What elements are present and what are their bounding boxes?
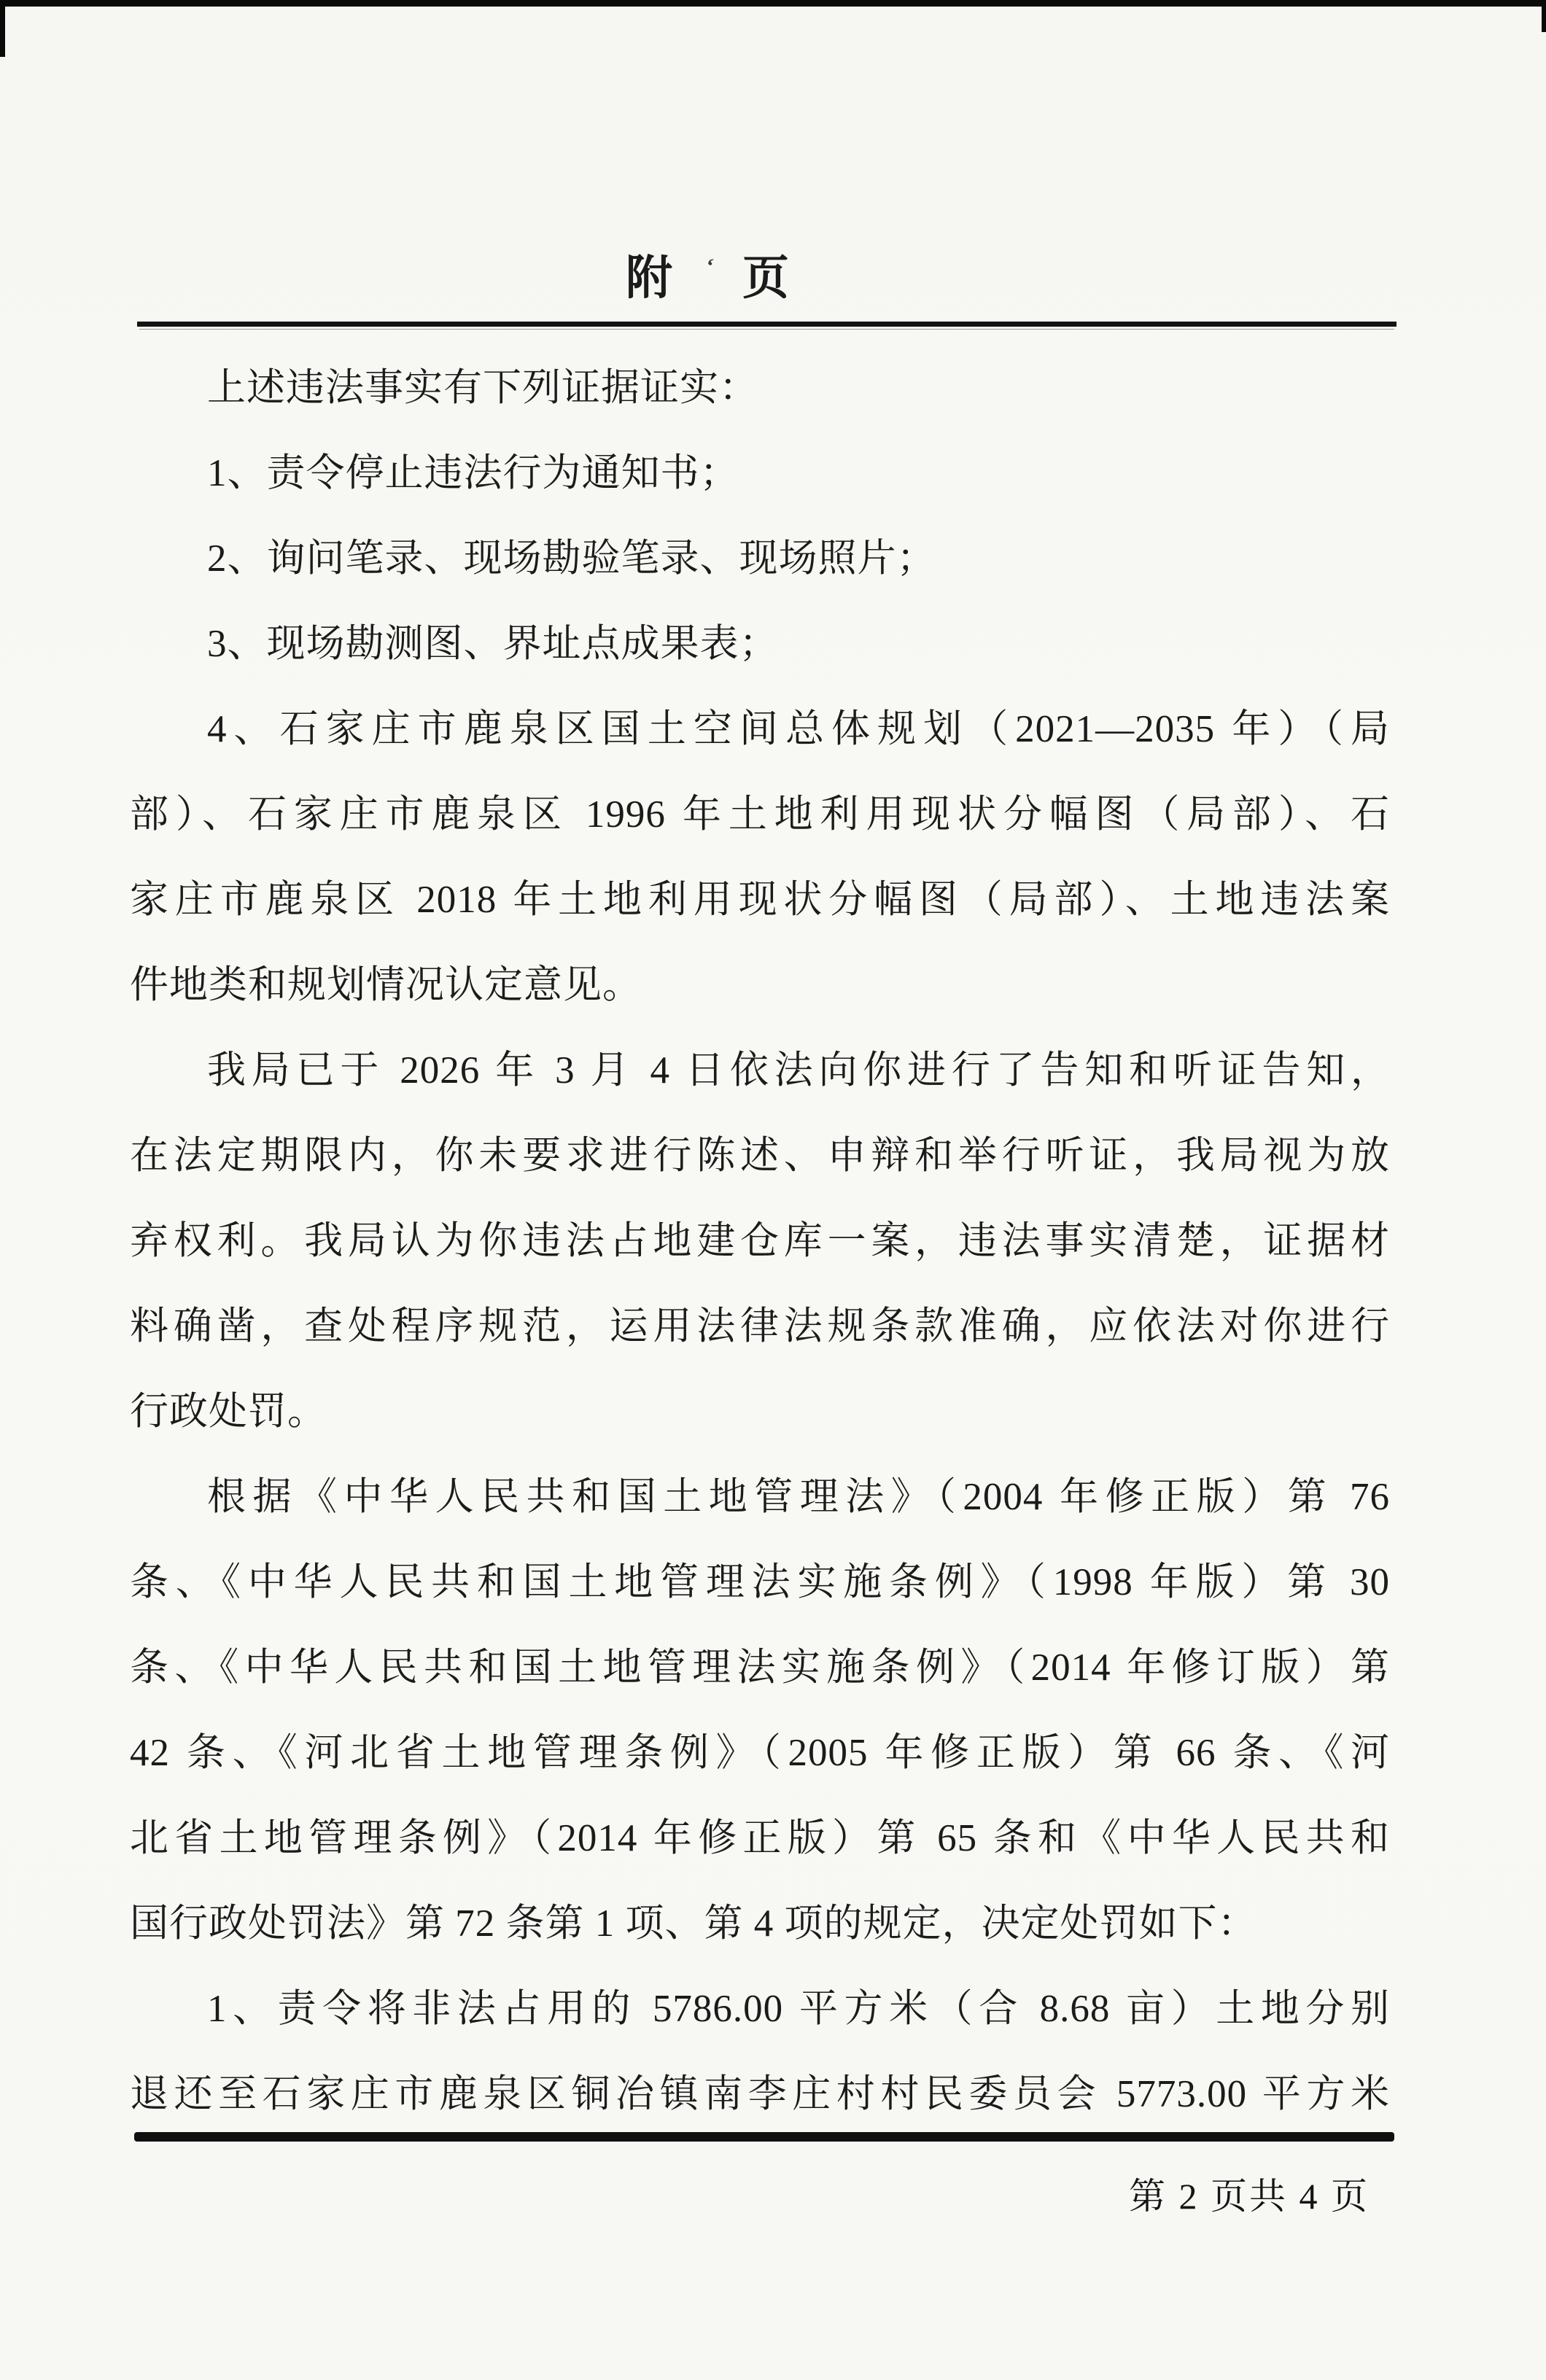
text-line: 退还至石家庄市鹿泉区铜冶镇南李庄村村民委员会 5773.00 平方米 xyxy=(130,2052,1390,2137)
text-line: 国行政处罚法》第 72 条第 1 项、第 4 项的规定，决定处罚如下： xyxy=(130,1881,1390,1967)
text-line: 1、责令将非法占用的 5786.00 平方米（合 8.68 亩）土地分别 xyxy=(130,1967,1390,2052)
text-line: 北省土地管理条例》（2014 年修正版）第 65 条和《中华人民共和 xyxy=(130,1796,1390,1881)
page-number: 第 2 页共 4 页 xyxy=(1129,2167,1370,2220)
text-line: 条、《中华人民共和国土地管理法实施条例》（1998 年版）第 30 xyxy=(130,1540,1390,1625)
text-line: 42 条、《河北省土地管理条例》（2005 年修正版）第 66 条、《河 xyxy=(130,1711,1390,1796)
text-line: 条、《中华人民共和国土地管理法实施条例》（2014 年修订版）第 xyxy=(130,1625,1390,1711)
page-title-char-2: 页 xyxy=(742,252,789,304)
title-underline xyxy=(137,322,1397,327)
footer-rule xyxy=(134,2132,1394,2142)
text-line: 料确凿，查处程序规范，运用法律法规条款准确，应依法对你进行 xyxy=(130,1284,1390,1369)
text-line: 弃权利。我局认为你违法占地建仓库一案，违法事实清楚，证据材 xyxy=(130,1199,1390,1284)
text-line: 上述违法事实有下列证据证实： xyxy=(130,346,1390,431)
text-line: 部）、石家庄市鹿泉区 1996 年土地利用现状分幅图（局部）、石 xyxy=(130,772,1390,857)
text-line: 家庄市鹿泉区 2018 年土地利用现状分幅图（局部）、土地违法案 xyxy=(130,857,1390,943)
text-line: 我局已于 2026 年 3 月 4 日依法向你进行了告知和听证告知， xyxy=(130,1028,1390,1113)
text-line: 根据《中华人民共和国土地管理法》（2004 年修正版）第 76 xyxy=(130,1455,1390,1540)
scan-edge-top xyxy=(0,0,1546,7)
page-title-char-1: 附 xyxy=(626,252,672,304)
scan-artifact-mark: ‘ xyxy=(703,254,715,279)
scan-edge-left xyxy=(0,0,5,57)
text-line: 2、询问笔录、现场勘验笔录、现场照片； xyxy=(130,516,1390,602)
scanned-document-page: 附‘页 上述违法事实有下列证据证实：1、责令停止违法行为通知书；2、询问笔录、现… xyxy=(0,0,1546,2380)
text-line: 行政处罚。 xyxy=(130,1369,1390,1455)
scan-edge-right xyxy=(1542,0,1546,32)
title-gap: ‘ xyxy=(672,241,742,295)
text-line: 件地类和规划情况认定意见。 xyxy=(130,943,1390,1028)
document-body: 上述违法事实有下列证据证实：1、责令停止违法行为通知书；2、询问笔录、现场勘验笔… xyxy=(130,346,1390,2137)
text-line: 在法定期限内，你未要求进行陈述、申辩和举行听证，我局视为放 xyxy=(130,1113,1390,1199)
text-line: 1、责令停止违法行为通知书； xyxy=(130,431,1390,516)
text-line: 4、石家庄市鹿泉区国土空间总体规划（2021—2035 年）（局 xyxy=(130,687,1390,772)
page-title: 附‘页 xyxy=(0,241,1480,308)
text-line: 3、现场勘测图、界址点成果表； xyxy=(130,602,1390,687)
